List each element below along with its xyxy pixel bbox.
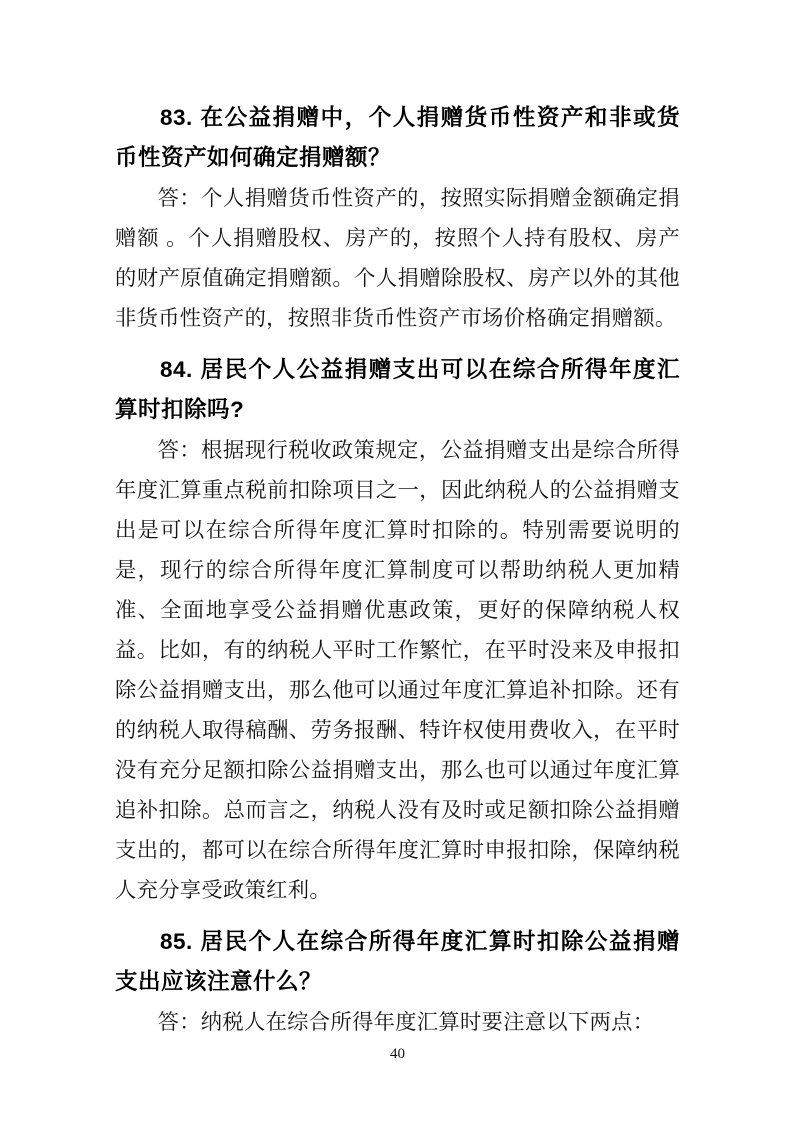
page-content: 83. 在公益捐赠中，个人捐赠货币性资产和非或货币性资产如何确定捐赠额？ 答：个… xyxy=(115,98,680,1063)
question-83-answer: 答：个人捐赠货币性资产的，按照实际捐赠金额确定捐赠额 。个人捐赠股权、房产的，按… xyxy=(115,178,680,338)
question-85-heading: 85. 居民个人在综合所得年度汇算时扣除公益捐赠支出应该注意什么？ xyxy=(115,922,680,1002)
question-84-answer: 答：根据现行税收政策规定，公益捐赠支出是综合所得年度汇算重点税前扣除项目之一，因… xyxy=(115,430,680,910)
question-84-heading: 84. 居民个人公益捐赠支出可以在综合所得年度汇算时扣除吗? xyxy=(115,350,680,430)
question-85-answer: 答：纳税人在综合所得年度汇算时要注意以下两点： xyxy=(115,1002,680,1042)
page-number: 40 xyxy=(115,1046,680,1063)
document-page: 83. 在公益捐赠中，个人捐赠货币性资产和非或货币性资产如何确定捐赠额？ 答：个… xyxy=(0,0,793,1122)
question-83-heading: 83. 在公益捐赠中，个人捐赠货币性资产和非或货币性资产如何确定捐赠额？ xyxy=(115,98,680,178)
